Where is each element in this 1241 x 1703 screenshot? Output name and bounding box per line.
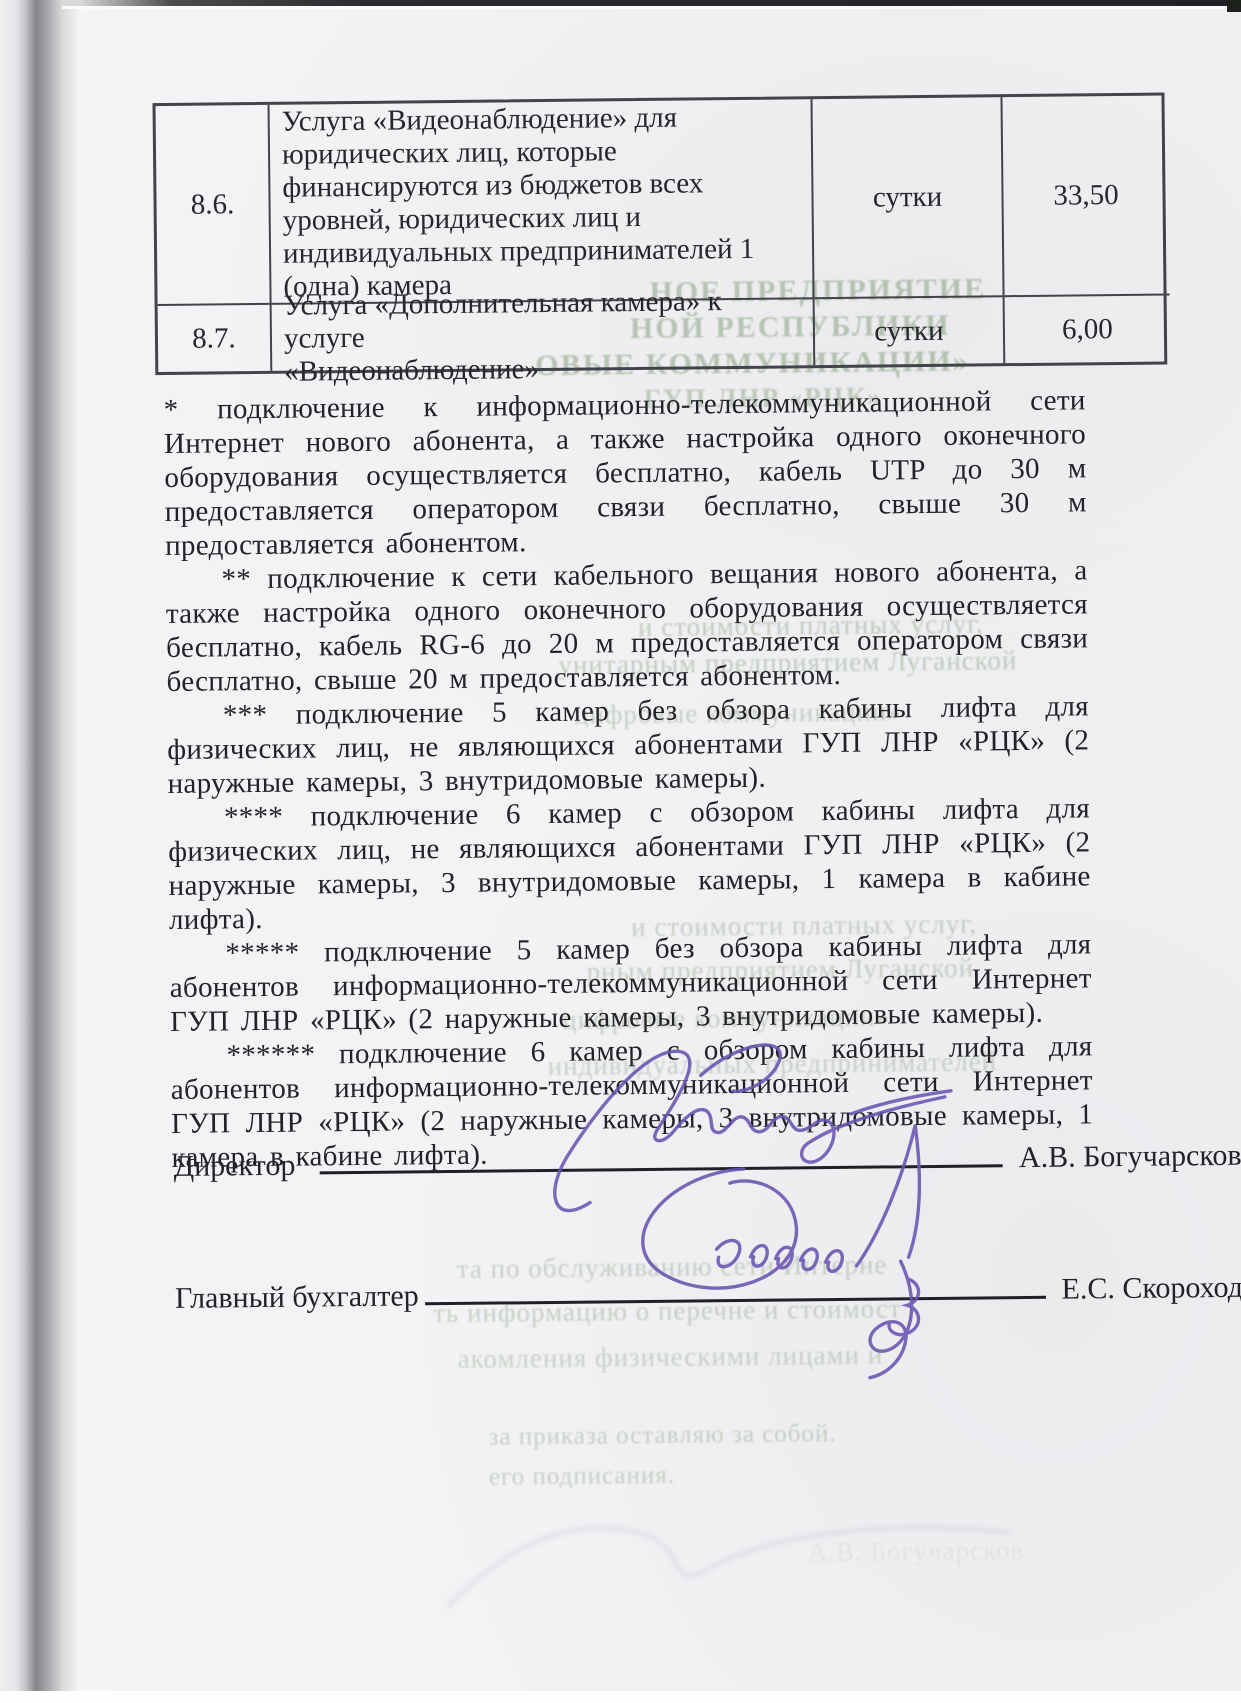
signature-title: Главный бухгалтер — [175, 1279, 419, 1316]
footnotes-block: * подключение к информационно-телекоммун… — [164, 383, 1094, 1175]
ghost-line: А.В. Богучарсков — [808, 1535, 1025, 1568]
description-line: финансируются из бюджетов всех — [282, 166, 803, 204]
signature-title: Директор — [173, 1149, 295, 1184]
description-line: индивидуальных предпринимателей 1 — [283, 232, 804, 270]
signature-name: А.В. Богучарсков — [1019, 1139, 1241, 1175]
footnote-paragraph: *** подключение 5 камер без обзора кабин… — [167, 689, 1090, 801]
tariff-table: 8.6. Услуга «Видеонаблюдение» для юридич… — [152, 92, 1167, 375]
row-number-cell: 8.7. — [158, 303, 271, 372]
scan-bottom-strip — [0, 1691, 1241, 1703]
ghost-line: его подписания. — [489, 1462, 675, 1492]
signature-line — [424, 1262, 1045, 1305]
document-content: НОЕ ПРЕДПРИЯТИЕ НОЙ РЕСПУБЛИКИ ОВЫЕ КОММ… — [0, 0, 1241, 1703]
description-line: Услуга «Дополнительная камера» к услуге — [283, 284, 805, 355]
ghost-line: акомления физическими лицами и — [458, 1340, 884, 1375]
footnote-paragraph: * подключение к информационно-телекоммун… — [164, 383, 1088, 563]
footnote-paragraph: **** подключение 6 камер с обзором кабин… — [168, 791, 1091, 937]
accountant-signature-row: Главный бухгалтер Е.С. Скороход — [175, 1260, 1241, 1316]
unit-cell: сутки — [810, 97, 1002, 297]
description-line: юридических лиц, которые — [282, 133, 803, 171]
printed-ink-layer: 8.6. Услуга «Видеонаблюдение» для юридич… — [0, 0, 1232, 1]
price-cell: 6,00 — [1003, 293, 1171, 363]
ghost-signature-smudge — [387, 1480, 1069, 1657]
ghost-line: за приказа оставляю за собой. — [488, 1420, 836, 1452]
unit-cell: сутки — [813, 295, 1004, 365]
price-cell: 33,50 — [1000, 95, 1169, 295]
description-line: Услуга «Видеонаблюдение» для — [282, 100, 803, 138]
footnote-paragraph: ** подключение к сети кабельного вещания… — [165, 553, 1088, 699]
description-line: «Видеонаблюдение» — [284, 350, 805, 388]
row-number-cell: 8.6. — [156, 105, 270, 304]
description-line: уровней, юридических лиц и — [283, 199, 804, 237]
service-description-cell: Услуга «Видеонаблюдение» для юридических… — [268, 99, 813, 303]
signature-line — [319, 1130, 1003, 1174]
service-description-cell: Услуга «Дополнительная камера» к услуге … — [270, 297, 814, 371]
scanned-document-page: НОЕ ПРЕДПРИЯТИЕ НОЙ РЕСПУБЛИКИ ОВЫЕ КОММ… — [0, 0, 1241, 1703]
signature-name: Е.С. Скороход — [1061, 1271, 1241, 1307]
footnote-paragraph: ***** подключение 5 камер без обзора каб… — [169, 927, 1092, 1039]
